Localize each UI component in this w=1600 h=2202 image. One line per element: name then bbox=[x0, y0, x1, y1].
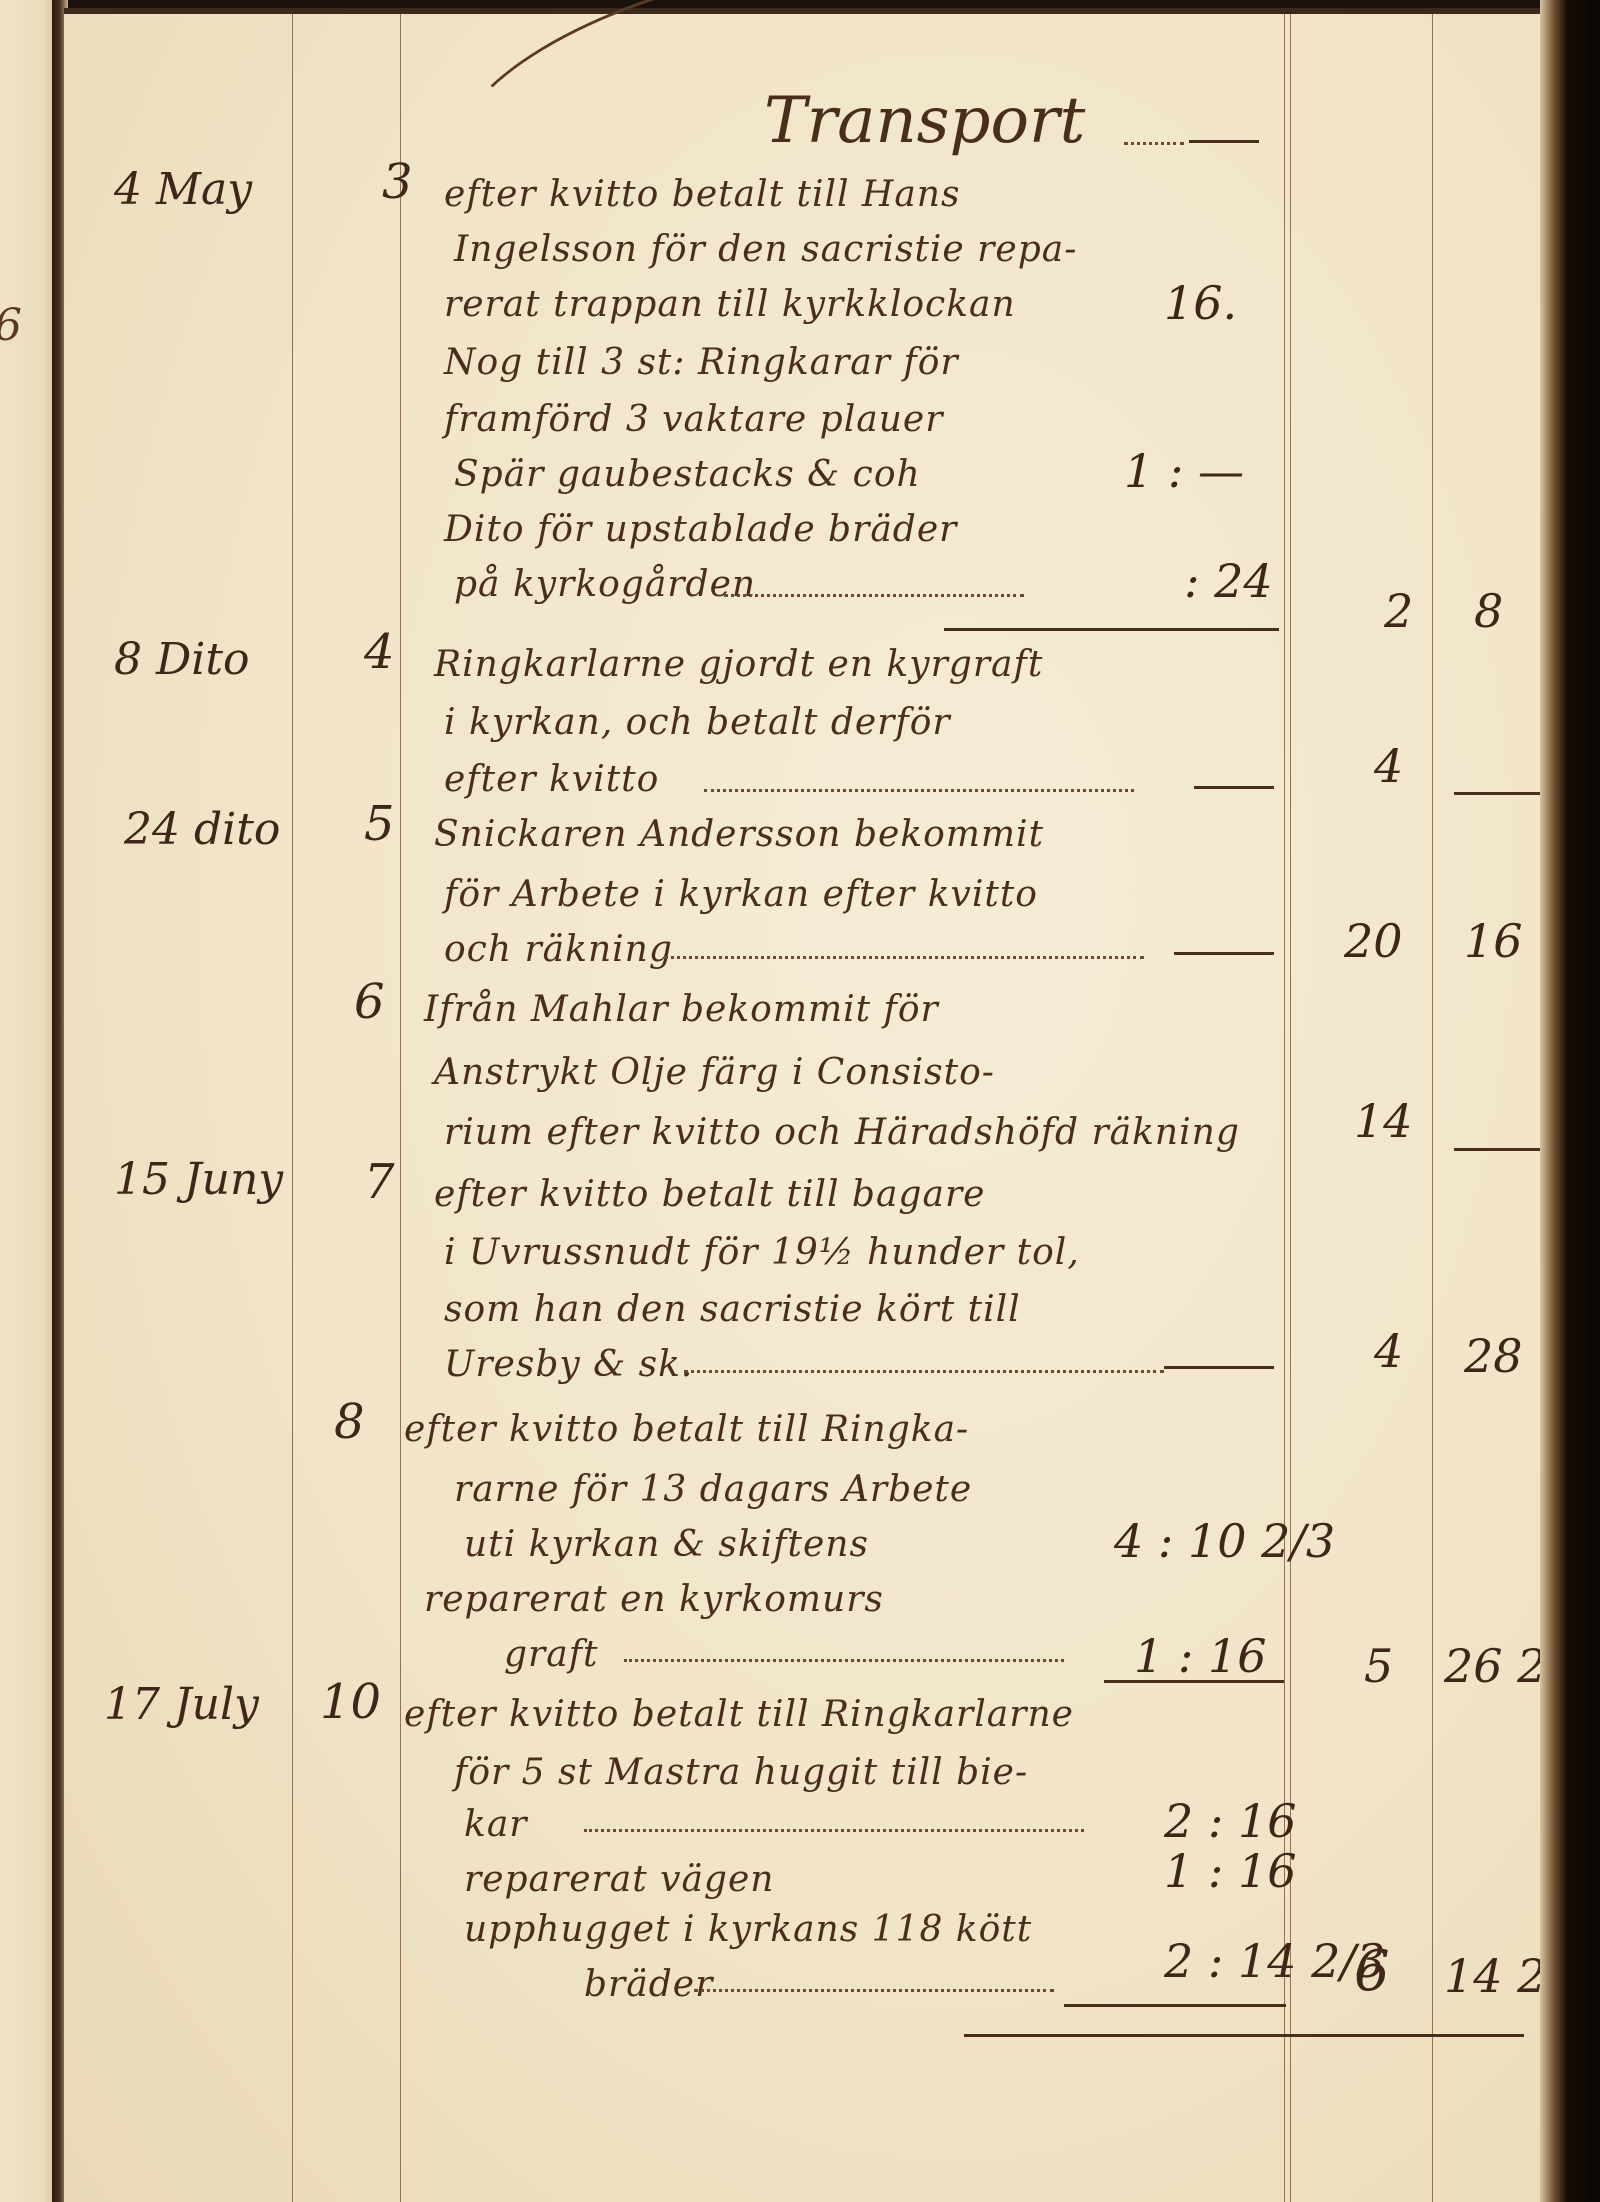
total-riksdaler: 4 bbox=[1374, 739, 1403, 793]
entry-line: i Uvrussnudt för 19½ hunder tol, bbox=[444, 1232, 1080, 1273]
subtotal-rule bbox=[1064, 2004, 1286, 2007]
rule-rd-sk bbox=[1432, 14, 1433, 2202]
entry-line: som han den sacristie kört till bbox=[444, 1289, 1021, 1330]
entry-number: 4 bbox=[364, 624, 395, 680]
entry-line: graft bbox=[504, 1634, 599, 1675]
sub-amount: 1 : 16 bbox=[1164, 1844, 1297, 1898]
entry-line: upphugget i kyrkans 118 kött bbox=[464, 1909, 1032, 1950]
leader-dash bbox=[1194, 786, 1274, 789]
entry-line: Nog till 3 st: Ringkarar för bbox=[444, 342, 959, 383]
entry-line: för 5 st Mastra huggit till bie- bbox=[454, 1752, 1028, 1793]
entry-number: 6 bbox=[354, 974, 385, 1030]
leader-dots bbox=[704, 789, 1134, 792]
total-riksdaler: 14 bbox=[1354, 1094, 1413, 1148]
entry-line: efter kvitto betalt till bagare bbox=[434, 1174, 985, 1215]
entry-line: och räkning bbox=[444, 929, 673, 970]
entry-line: på kyrkogården bbox=[454, 564, 756, 605]
entry-line: rerat trappan till kyrkklockan bbox=[444, 284, 1016, 325]
entry-line: framförd 3 vaktare plauer bbox=[444, 399, 943, 440]
subtotal-rule bbox=[944, 628, 1279, 631]
leader-dots bbox=[684, 1370, 1164, 1373]
total-riksdaler: 5 bbox=[1364, 1639, 1393, 1693]
ledger-page: Transport 4 May 3 efter kvitto betalt ti… bbox=[64, 8, 1540, 2202]
page-total-rule bbox=[964, 2034, 1524, 2037]
entry-line: reparerat vägen bbox=[464, 1859, 774, 1900]
entry-line: Ifrån Mahlar bekommit för bbox=[424, 989, 939, 1030]
leader-dots bbox=[664, 956, 1144, 959]
facing-page-fragment: 6 bbox=[0, 300, 22, 351]
nil-skilling-dash bbox=[1454, 1148, 1542, 1151]
leader-dots bbox=[1124, 142, 1184, 145]
entry-line: för Arbete i kyrkan efter kvitto bbox=[444, 874, 1038, 915]
entry-number: 8 bbox=[334, 1394, 365, 1450]
entry-line: efter kvitto bbox=[444, 759, 659, 800]
entry-line: reparerat en kyrkomurs bbox=[424, 1579, 884, 1620]
sub-amount: 4 : 10 2/3 bbox=[1114, 1514, 1335, 1568]
rule-number-text bbox=[400, 14, 401, 2202]
entry-date: 8 Dito bbox=[114, 634, 250, 685]
leader-dash bbox=[1174, 952, 1274, 955]
entry-line: i kyrkan, och betalt derför bbox=[444, 702, 951, 743]
leader-dash bbox=[1164, 1366, 1274, 1369]
total-riksdaler: 2 bbox=[1384, 584, 1413, 638]
entry-number: 7 bbox=[364, 1154, 395, 1210]
entry-line: Ingelsson för den sacristie repa- bbox=[454, 229, 1077, 270]
entry-line: Snickaren Andersson bekommit bbox=[434, 814, 1044, 855]
sub-amount: 2 : 14 2/3 bbox=[1164, 1934, 1385, 1988]
rule-date-number bbox=[292, 14, 293, 2202]
entry-line: bräder bbox=[584, 1964, 713, 2005]
entry-line: Dito för upstablade bräder bbox=[444, 509, 957, 550]
leader-dash bbox=[1189, 140, 1259, 143]
entry-date: 4 May bbox=[114, 164, 252, 215]
entry-number: 5 bbox=[364, 796, 395, 852]
total-skilling: 8 bbox=[1474, 584, 1503, 638]
entry-number: 3 bbox=[382, 154, 413, 210]
page-right-edge-shadow bbox=[1540, 0, 1600, 2202]
sub-amount: 2 : 16 bbox=[1164, 1794, 1297, 1848]
entry-line: efter kvitto betalt till Ringkarlarne bbox=[404, 1694, 1074, 1735]
entry-line: Uresby & sk. bbox=[444, 1344, 693, 1385]
sub-amount: 16. bbox=[1164, 276, 1237, 330]
entry-line: uti kyrkan & skiftens bbox=[464, 1524, 869, 1565]
sub-amount: 1 : — bbox=[1124, 444, 1244, 498]
total-skilling: 16 bbox=[1464, 914, 1523, 968]
entry-line: Spär gaubestacks & coh bbox=[454, 454, 921, 495]
total-riksdaler: 4 bbox=[1374, 1324, 1403, 1378]
page-heading-transport: Transport bbox=[764, 84, 1085, 158]
entry-line: rarne för 13 dagars Arbete bbox=[454, 1469, 972, 1510]
leader-dots bbox=[724, 594, 1024, 597]
total-riksdaler: 6 bbox=[1354, 1939, 1390, 2004]
entry-line: kar bbox=[464, 1804, 528, 1845]
subtotal-rule bbox=[1104, 1680, 1284, 1683]
sub-amount: : 24 bbox=[1184, 554, 1273, 608]
entry-line: Anstrykt Olje färg i Consisto- bbox=[434, 1052, 995, 1093]
total-skilling: 28 bbox=[1464, 1329, 1523, 1383]
entry-date: 15 Juny bbox=[114, 1154, 283, 1205]
leader-dots bbox=[694, 1989, 1054, 1992]
entry-line: rium efter kvitto och Häradshöfd räkning bbox=[444, 1112, 1240, 1153]
entry-line: Ringkarlarne gjordt en kyrgraft bbox=[434, 644, 1043, 685]
leader-dots bbox=[624, 1659, 1064, 1662]
total-riksdaler: 20 bbox=[1344, 914, 1403, 968]
entry-date: 17 July bbox=[104, 1679, 259, 1730]
entry-number: 10 bbox=[320, 1674, 381, 1730]
entry-line: efter kvitto betalt till Hans bbox=[444, 174, 960, 215]
nil-skilling-dash bbox=[1454, 792, 1542, 795]
sub-amount: 1 : 16 bbox=[1134, 1629, 1267, 1683]
entry-date: 24 dito bbox=[124, 804, 280, 855]
entry-line: efter kvitto betalt till Ringka- bbox=[404, 1409, 969, 1450]
leader-dots bbox=[584, 1829, 1084, 1832]
